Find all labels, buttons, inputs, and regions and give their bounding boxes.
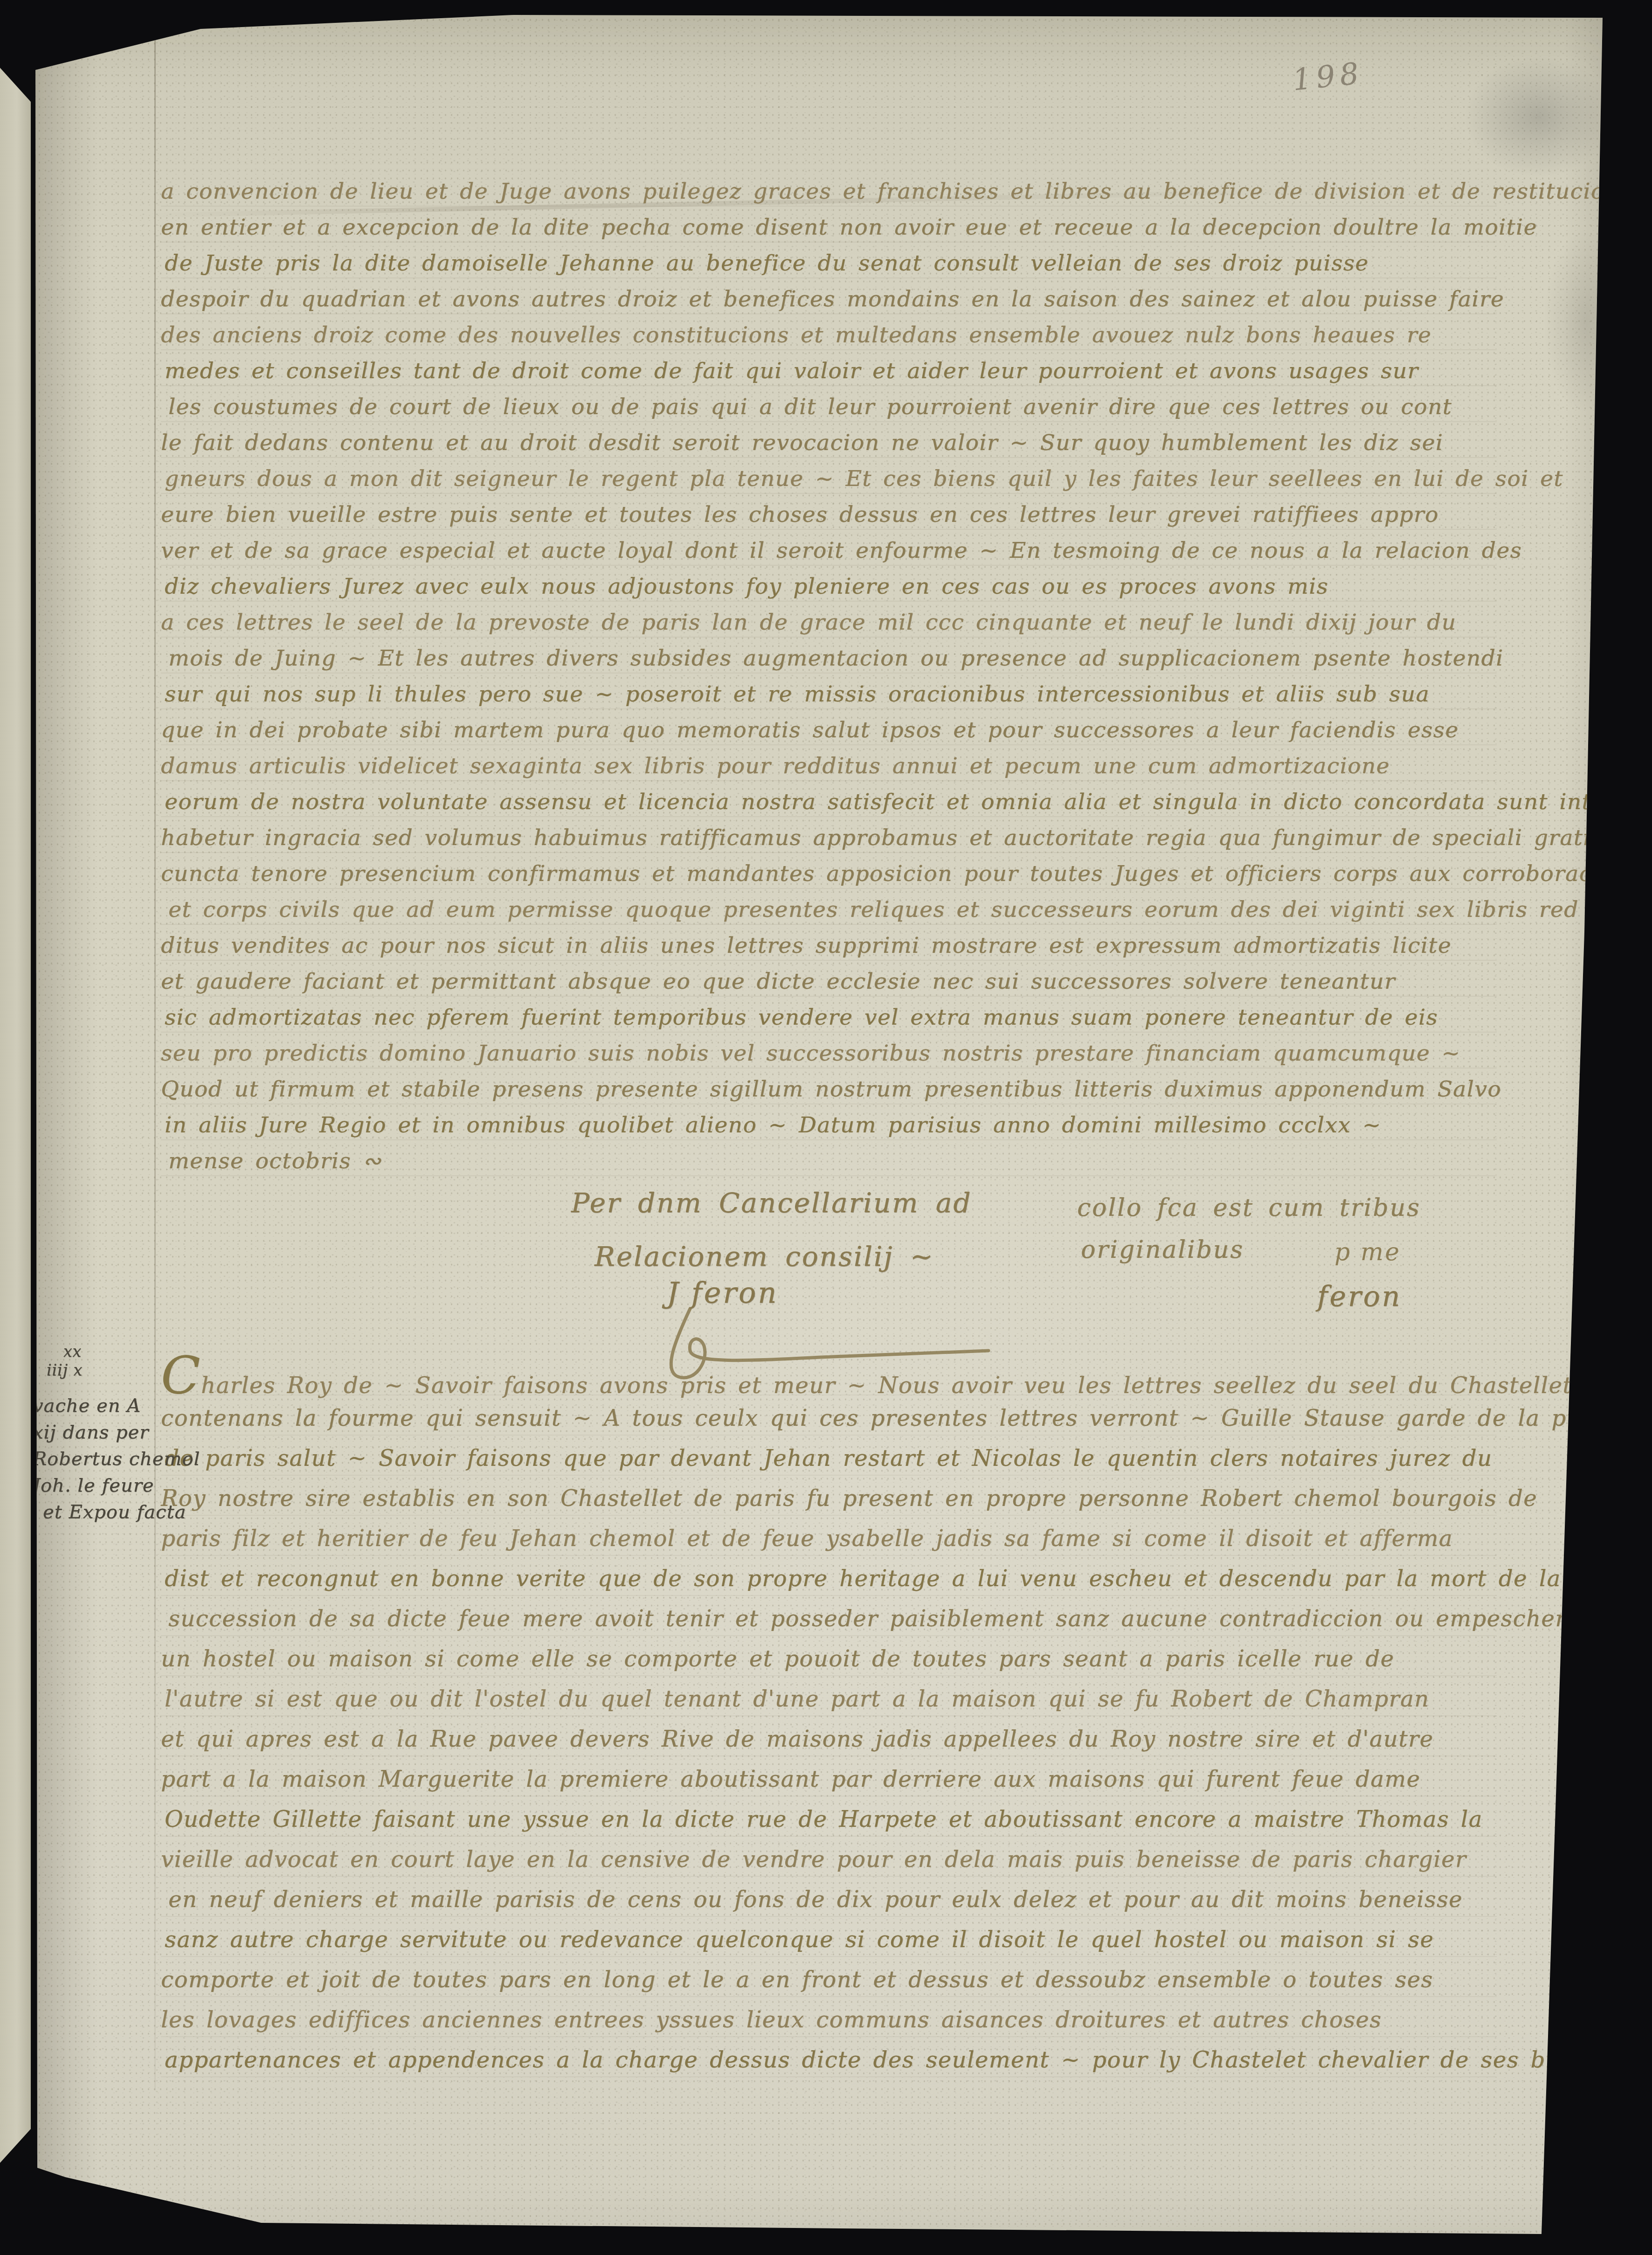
text-line: part a la maison Marguerite la premiere … xyxy=(161,1759,1497,1799)
text-line: des anciens droiz come des nouvelles con… xyxy=(161,317,1497,353)
text-line: sanz autre charge servitute ou redevance… xyxy=(161,1920,1497,1960)
text-line: comporte et joit de toutes pars en long … xyxy=(161,1960,1497,2000)
text-line: mois de Juing ~ Et les autres divers sub… xyxy=(161,640,1497,676)
text-line: a ces lettres le seel de la prevoste de … xyxy=(161,604,1497,640)
text-line: de Juste pris la dite damoiselle Jehanne… xyxy=(161,245,1497,281)
document-1-text: a convencion de lieu et de Juge avons pu… xyxy=(161,173,1497,1179)
collation-note-line2: originalibus xyxy=(1081,1236,1244,1264)
text-line: Joh. le feure xyxy=(33,1472,163,1499)
text-line: et qui apres est a la Rue pavee devers R… xyxy=(161,1719,1497,1759)
text-line: Robertus chemol xyxy=(33,1446,163,1472)
text-line: que in dei probate sibi martem pura quo … xyxy=(161,712,1497,748)
text-line: eorum de nostra voluntate assensu et lic… xyxy=(161,784,1497,820)
text-line: Charles Roy de ~ Savoir faisons avons pr… xyxy=(161,1358,1497,1398)
margin-notes: xxiiij xvache en Axij dans perRobertus c… xyxy=(33,1342,163,1526)
text-line: paris filz et heritier de feu Jehan chem… xyxy=(161,1519,1497,1559)
text-line: Oudette Gillette faisant une yssue en la… xyxy=(161,1799,1497,1839)
previous-page-edge xyxy=(0,55,31,2180)
text-line: Quod ut firmum et stabile presens presen… xyxy=(161,1071,1497,1107)
text-line: de paris salut ~ Savoir faisons que par … xyxy=(161,1438,1497,1478)
text-line: et Expou facta xyxy=(33,1499,163,1526)
text-line: seu pro predictis domino Januario suis n… xyxy=(161,1035,1497,1071)
signature-feron: feron xyxy=(1317,1280,1402,1313)
parchment-stain xyxy=(1529,201,1641,443)
text-line: l'autre si est que ou dit l'ostel du que… xyxy=(161,1679,1497,1719)
text-line: in aliis Jure Regio et in omnibus quolib… xyxy=(161,1107,1497,1143)
text-line: cuncta tenore presencium confirmamus et … xyxy=(161,856,1497,892)
text-line: en neuf deniers et maille parisis de cen… xyxy=(161,1880,1497,1920)
folio-number: 198 xyxy=(1291,56,1365,97)
text-line: en entier et a excepcion de la dite pech… xyxy=(161,209,1497,245)
text-line: vache en A xyxy=(33,1393,163,1419)
text-line: a convencion de lieu et de Juge avons pu… xyxy=(161,173,1497,209)
ruled-margin-line xyxy=(154,20,156,2090)
collation-note-by: p me xyxy=(1334,1238,1401,1266)
document-2-text: Charles Roy de ~ Savoir faisons avons pr… xyxy=(161,1358,1497,2080)
text-line: xij dans per xyxy=(33,1419,163,1446)
text-line: damus articulis videlicet sexaginta sex … xyxy=(161,748,1497,784)
text-line: dist et recongnut en bonne verite que de… xyxy=(161,1559,1497,1599)
text-line: iiij x xyxy=(33,1361,163,1380)
text-line: les coustumes de court de lieux ou de pa… xyxy=(161,389,1497,425)
text-line: les lovages ediffices anciennes entrees … xyxy=(161,2000,1497,2040)
text-line: medes et conseilles tant de droit come d… xyxy=(161,353,1497,389)
text-line: sic admortizatas nec pferem fuerint temp… xyxy=(161,999,1497,1035)
text-line: gneurs dous a mon dit seigneur le regent… xyxy=(161,461,1497,497)
text-line: ver et de sa grace especial et aucte loy… xyxy=(161,533,1497,569)
text-line: despoir du quadrian et avons autres droi… xyxy=(161,281,1497,317)
manuscript-scan: 198 a convencion de lieu et de Juge avon… xyxy=(0,0,1652,2255)
text-line: et corps civils que ad eum permisse quoq… xyxy=(161,892,1497,928)
text-line: habetur ingracia sed volumus habuimus ra… xyxy=(161,820,1497,856)
text-line: ditus vendites ac pour nos sicut in alii… xyxy=(161,928,1497,964)
text-line: sur qui nos sup li thules pero sue ~ pos… xyxy=(161,676,1497,712)
text-line: appartenances et appendences a la charge… xyxy=(161,2040,1497,2080)
collation-note-line1: collo fca est cum tribus xyxy=(1077,1194,1421,1222)
text-line: un hostel ou maison si come elle se comp… xyxy=(161,1639,1497,1679)
text-line: Roy nostre sire establis en son Chastell… xyxy=(161,1478,1497,1519)
text-line: succession de sa dicte feue mere avoit t… xyxy=(161,1599,1497,1639)
text-line: et gaudere faciant et permittant absque … xyxy=(161,964,1497,999)
manuscript-page: 198 a convencion de lieu et de Juge avon… xyxy=(0,0,1652,2255)
text-line: le fait dedans contenu et au droit desdi… xyxy=(161,425,1497,461)
text-line: contenans la fourme qui sensuit ~ A tous… xyxy=(161,1398,1497,1438)
chancery-subscription-line2: Relacionem consilij ~ xyxy=(594,1241,934,1272)
signature-j-feron: J feron xyxy=(667,1276,778,1310)
text-line: diz chevaliers Jurez avec eulx nous adjo… xyxy=(161,569,1497,604)
text-line: xx xyxy=(33,1342,163,1361)
chancery-subscription-line1: Per dnm Cancellarium ad xyxy=(571,1187,972,1219)
text-line: vieille advocat en court laye en la cens… xyxy=(161,1839,1497,1880)
text-line: mense octobris ∾ xyxy=(161,1143,1497,1179)
text-line: eure bien vueille estre puis sente et to… xyxy=(161,497,1497,533)
